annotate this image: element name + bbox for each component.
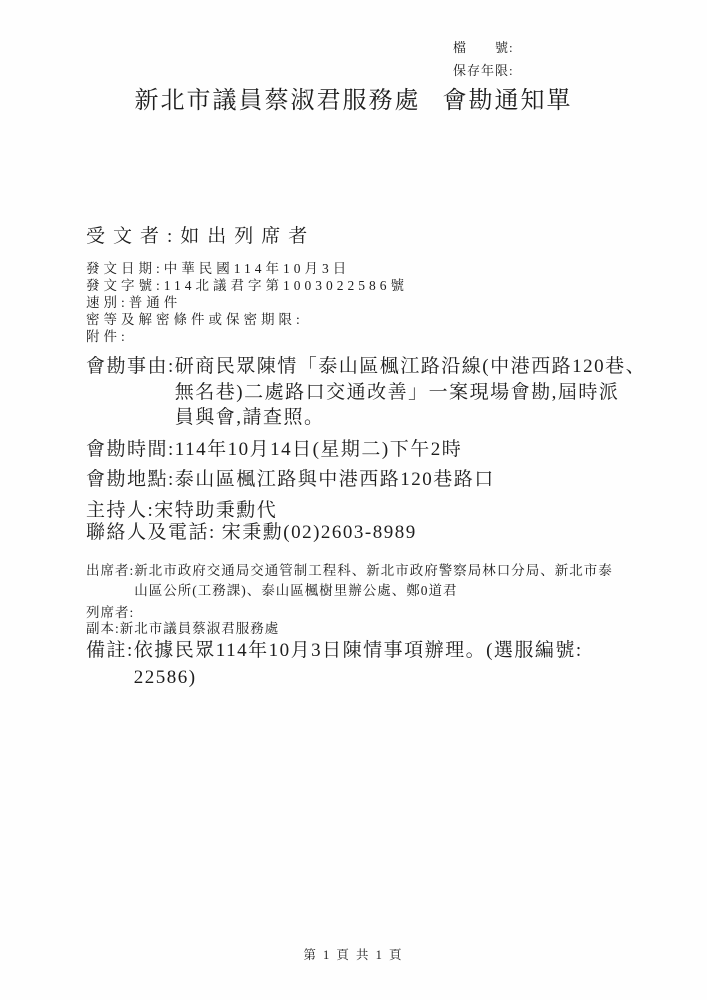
speed-class-line: 速別:普通件 [86, 294, 408, 311]
attendees-content: 新北市政府交通局交通管制工程科、新北市政府警察局林口分局、新北市泰 山區公所(工… [134, 561, 613, 601]
file-number-label: 檔 號: [453, 41, 514, 54]
attachment-line: 附件: [86, 328, 408, 345]
attendees-section: 出席者: 新北市政府交通局交通管制工程科、新北市政府警察局林口分局、新北市泰 山… [86, 561, 613, 601]
attendees-line: 新北市政府交通局交通管制工程科、新北市政府警察局林口分局、新北市泰 [134, 561, 613, 581]
remarks-label: 備註: [86, 637, 134, 664]
security-class-line: 密等及解密條件或保密期限: [86, 311, 408, 328]
contact-section: 聯絡人及電話:宋秉勳(02)2603-8989 [86, 517, 417, 544]
survey-time-value: 114年10月14日(星期二)下午2時 [175, 439, 462, 460]
survey-reason-line: 員與會,請查照。 [175, 405, 646, 431]
title-office-name: 新北市議員蔡淑君服務處 [135, 88, 421, 114]
retention-period-label: 保存年限: [453, 64, 514, 77]
survey-reason-section: 會勘事由: 研商民眾陳情「泰山區楓江路沿線(中港西路120巷、 無名巷)二處路口… [86, 354, 646, 431]
page-number-footer: 第 1 頁 共 1 頁 [0, 945, 707, 963]
issue-date-line: 發文日期:中華民國114年10月3日 [86, 260, 408, 277]
survey-reason-content: 研商民眾陳情「泰山區楓江路沿線(中港西路120巷、 無名巷)二處路口交通改善」一… [175, 354, 646, 431]
remarks-section: 備註: 依據民眾114年10月3日陳情事項辦理。(選服編號: 22586) [86, 637, 583, 691]
doc-number-line: 發文字號:114北議君字第1003022586號 [86, 277, 408, 294]
remarks-content: 依據民眾114年10月3日陳情事項辦理。(選服編號: 22586) [134, 637, 583, 691]
survey-location-value: 泰山區楓江路與中港西路120巷路口 [175, 469, 495, 490]
attendees-label: 出席者: [86, 561, 134, 581]
contact-value: 宋秉勳(02)2603-8989 [222, 522, 417, 543]
document-title: 新北市議員蔡淑君服務處會勘通知單 [0, 80, 707, 115]
survey-reason-line: 研商民眾陳情「泰山區楓江路沿線(中港西路120巷、 [175, 354, 646, 380]
recipient-line: 受文者:如出列席者 [86, 221, 315, 248]
title-doc-type: 會勘通知單 [443, 88, 573, 114]
survey-location-label: 會勘地點: [86, 469, 175, 490]
survey-time-section: 會勘時間:114年10月14日(星期二)下午2時 [86, 434, 462, 461]
survey-reason-line: 無名巷)二處路口交通改善」一案現場會勘,屆時派 [175, 380, 646, 406]
cc-section: 副本:新北市議員蔡淑君服務處 [86, 617, 279, 637]
remarks-line: 依據民眾114年10月3日陳情事項辦理。(選服編號: [134, 637, 583, 664]
meeting-notice-document: 檔 號: 保存年限: 新北市議員蔡淑君服務處會勘通知單 受文者:如出列席者 發文… [0, 0, 707, 1000]
remarks-line: 22586) [134, 664, 583, 691]
contact-label: 聯絡人及電話: [86, 522, 216, 543]
attendees-line: 山區公所(工務課)、泰山區楓樹里辦公處、鄭0道君 [134, 581, 613, 601]
document-meta: 發文日期:中華民國114年10月3日 發文字號:114北議君字第10030225… [86, 260, 408, 345]
survey-time-label: 會勘時間: [86, 439, 175, 460]
survey-location-section: 會勘地點:泰山區楓江路與中港西路120巷路口 [86, 464, 495, 491]
survey-reason-label: 會勘事由: [86, 354, 175, 380]
